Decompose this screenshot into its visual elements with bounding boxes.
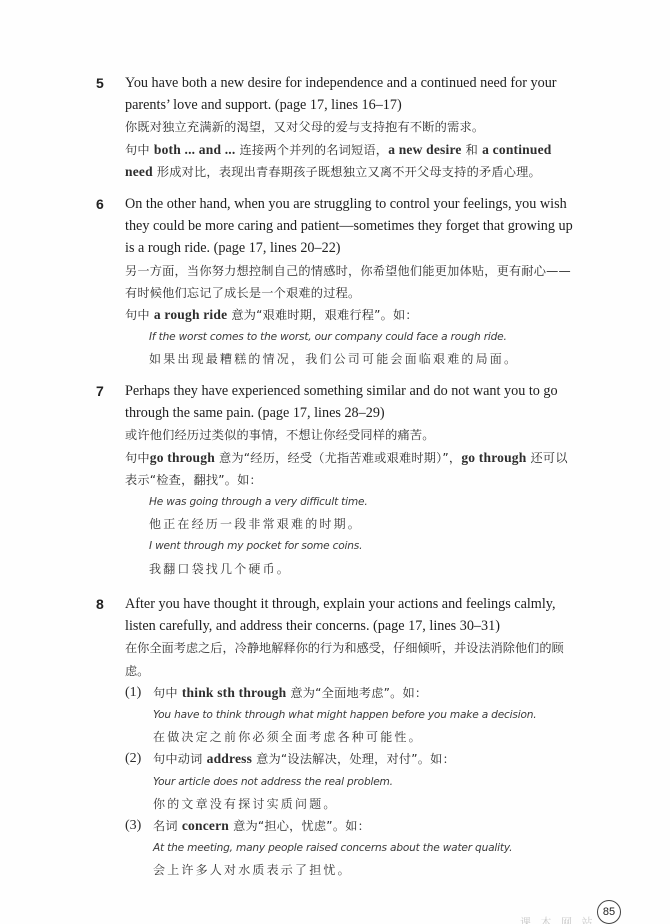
example-english: If the worst comes to the worst, our com… [149,326,576,348]
page-number: 85 [597,900,621,924]
example: At the meeting, many people raised conce… [153,837,576,881]
note-item-7: 7 Perhaps they have experienced somethin… [96,380,576,580]
example-chinese: 我翻口袋找几个硬币。 [149,558,576,580]
sub-note-3: (3) 名词 concern 意为“担心，忧虑”。如： At the meeti… [125,815,576,882]
example-english: I went through my pocket for some coins. [149,535,576,557]
note-item-8: 8 After you have thought it through, exp… [96,593,576,882]
translation: 在你全面考虑之后，冷静地解释你的行为和感受，仔细倾听，并设法消除他们的顾虑。 [125,637,576,681]
example-english: At the meeting, many people raised conce… [153,837,576,859]
source-sentence: On the other hand, when you are struggli… [125,193,576,260]
source-sentence: Perhaps they have experienced something … [125,380,576,424]
example: Your article does not address the real p… [153,771,576,815]
source-sentence: After you have thought it through, expla… [125,593,576,637]
sub-note-explanation: 句中动词 address 意为“设法解决，处理，对付”。如： [153,748,576,770]
sub-note-explanation: 名词 concern 意为“担心，忧虑”。如： [153,815,576,837]
sub-note-marker: (3) [125,815,141,837]
source-sentence: You have both a new desire for independe… [125,72,576,116]
sub-note-marker: (1) [125,682,141,704]
example-chinese: 会上许多人对水质表示了担忧。 [153,859,576,881]
translation: 另一方面，当你努力想控制自己的情感时，你希望他们能更加体贴，更有耐心——有时候他… [125,260,576,304]
sub-note-marker: (2) [125,748,141,770]
example-chinese: 在做决定之前你必须全面考虑各种可能性。 [153,726,576,748]
translation: 你既对独立充满新的渴望，又对父母的爱与支持抱有不断的需求。 [125,116,576,138]
example: If the worst comes to the worst, our com… [149,326,576,370]
explanation: 句中 both ... and ... 连接两个并列的名词短语，a new de… [125,139,576,183]
item-number: 8 [96,593,104,615]
example: He was going through a very difficult ti… [149,491,576,580]
example-chinese: 如果出现最糟糕的情况，我们公司可能会面临艰难的局面。 [149,348,576,370]
example-english: Your article does not address the real p… [153,771,576,793]
note-item-6: 6 On the other hand, when you are strugg… [96,193,576,371]
item-number: 5 [96,72,104,94]
example: You have to think through what might hap… [153,704,576,748]
translation: 或许他们经历过类似的事情，不想让你经受同样的痛苦。 [125,424,576,446]
example-english: He was going through a very difficult ti… [149,491,576,513]
item-number: 7 [96,380,104,402]
example-chinese: 你的文章没有探讨实质问题。 [153,793,576,815]
explanation: 句中go through 意为“经历，经受（尤指苦难或艰难时期）”，go thr… [125,447,576,491]
example-english: You have to think through what might hap… [153,704,576,726]
example-chinese: 他正在经历一段非常艰难的时期。 [149,513,576,535]
sub-note-1: (1) 句中 think sth through 意为“全面地考虑”。如： Yo… [125,682,576,749]
explanation: 句中 a rough ride 意为“艰难时期，艰难行程”。如： [125,304,576,326]
sub-note-explanation: 句中 think sth through 意为“全面地考虑”。如： [153,682,576,704]
item-number: 6 [96,193,104,215]
textbook-page: 5 You have both a new desire for indepen… [0,0,670,924]
note-item-5: 5 You have both a new desire for indepen… [96,72,576,183]
sub-note-2: (2) 句中动词 address 意为“设法解决，处理，对付”。如： Your … [125,748,576,815]
